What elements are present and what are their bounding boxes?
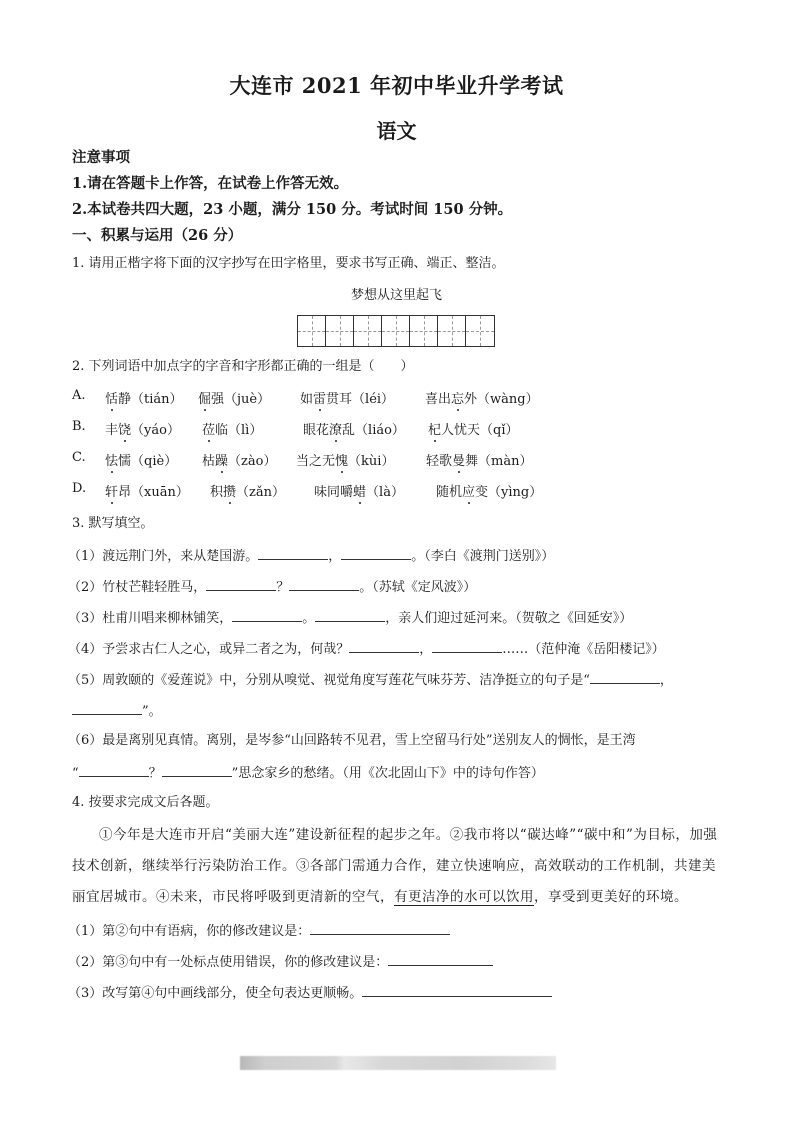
- exam-page: 大连市 2021 年初中毕业升学考试 语文 注意事项 1.请在答题卡上作答，在试…: [0, 0, 793, 1122]
- word-text: 懦（qiè）: [118, 454, 177, 469]
- option-label[interactable]: A.: [72, 388, 86, 403]
- option-word: 积攒（zǎn）: [210, 481, 285, 500]
- source-note: 。（苏轼《定风波》）: [359, 580, 476, 595]
- q3-item-6: （6）最是离别见真情。离别，是岑参“山回路转不见君，雪上空留马行处”送别友人的惆…: [68, 731, 636, 751]
- q4-sub-3: （3）改写第④句中画线部分，使全句表达更顺畅。: [68, 982, 552, 1004]
- answer-blank[interactable]: [289, 576, 359, 591]
- word-text: （yáo）: [131, 423, 180, 438]
- answer-blank[interactable]: [206, 576, 276, 591]
- q3-item-5-cont: ”。: [72, 700, 162, 722]
- grid-cell[interactable]: [326, 316, 354, 346]
- tianzige-grid[interactable]: [297, 315, 495, 347]
- source-note: ，亲人们迎过延河来。（贺敬之《回延安》）: [385, 611, 632, 626]
- answer-blank[interactable]: [162, 762, 232, 777]
- option-label[interactable]: C.: [72, 450, 86, 465]
- answer-blank[interactable]: [432, 638, 502, 653]
- word-text: 外（wàng）: [464, 392, 539, 407]
- dotted-character: 轩: [105, 485, 118, 500]
- q3-item-text: （3）杜甫川唱来柳林铺笑，: [68, 611, 232, 626]
- underlined-phrase: 有更洁净的水可以饮用: [394, 889, 534, 906]
- answer-blank[interactable]: [590, 669, 660, 684]
- punct: ？: [276, 580, 289, 595]
- option-label[interactable]: D.: [72, 481, 86, 496]
- q2-prompt: 2. 下列词语中加点字的字音和字形都正确的一组是（ ）: [72, 357, 414, 377]
- option-word: 轩昂（xuān）: [105, 481, 189, 500]
- option-word: 枯躁（zào）: [202, 450, 276, 469]
- answer-blank[interactable]: [315, 607, 385, 622]
- q3-item-1: （1）渡远荆门外，来从楚国游。，。（李白《渡荆门送别》）: [68, 545, 554, 567]
- option-word: 眼花潦乱（liáo）: [303, 419, 405, 438]
- source-note: 。（李白《渡荆门送别》）: [411, 549, 554, 564]
- sub-question-text: （3）改写第④句中画线部分，使全句表达更顺畅。: [68, 986, 362, 1001]
- punct: ，: [419, 642, 432, 657]
- word-text: 枯: [202, 454, 215, 469]
- option-word: 丰饶（yáo）: [105, 419, 180, 438]
- grid-cell[interactable]: [298, 316, 326, 346]
- answer-blank[interactable]: [310, 920, 450, 935]
- dotted-character: 躁: [215, 454, 228, 469]
- q4-sub-2: （2）第③句中有一处标点使用错误，你的修改建议是：: [68, 951, 493, 973]
- q3-item-4: （4）予尝求古仁人之心，或异二者之为，何哉？，……（范仲淹《岳阳楼记》）: [68, 638, 665, 660]
- word-text: 积: [210, 485, 223, 500]
- option-word: 喜出忘外（wàng）: [425, 388, 539, 407]
- dotted-character: 怯: [105, 454, 118, 469]
- punct: ？: [149, 766, 162, 781]
- word-text: 静（tián）: [118, 392, 183, 407]
- source-note: ”思念家乡的愁绪。（用《次北固山下》中的诗句作答）: [232, 766, 544, 781]
- section-heading: 一、积累与运用（26 分）: [72, 226, 242, 246]
- source-note: ……（范仲淹《岳阳楼记》）: [502, 642, 665, 657]
- option-word: 随机应变（yìng）: [436, 481, 542, 500]
- dotted-character: 曼: [452, 454, 465, 469]
- q3-item-5: （5）周敦颐的《爱莲说》中，分别从嗅觉、视觉角度写莲花气味芬芳、洁净挺立的句子是…: [68, 669, 673, 691]
- word-text: 人忧天（qǐ）: [441, 423, 518, 438]
- option-word: 莅临（lì）: [202, 419, 262, 438]
- exam-title: 大连市 2021 年初中毕业升学考试: [0, 70, 793, 100]
- option-word: 倔强（juè）: [198, 388, 270, 407]
- blurred-footer-bar: [240, 1056, 556, 1070]
- q4-prompt: 4. 按要求完成文后各题。: [72, 793, 219, 813]
- option-label[interactable]: B.: [72, 419, 86, 434]
- word-text: 乱（liáo）: [342, 423, 405, 438]
- word-text: （kùi）: [348, 454, 394, 469]
- option-word: 味同嚼蜡（là）: [314, 481, 404, 500]
- word-text: （zào）: [228, 454, 276, 469]
- option-word: 如雷贯耳（léi）: [300, 388, 394, 407]
- answer-blank[interactable]: [349, 638, 419, 653]
- answer-blank[interactable]: [362, 982, 552, 997]
- punct: 。: [302, 611, 315, 626]
- dotted-character: 恬: [105, 392, 118, 407]
- q3-item-text: （2）竹杖芒鞋轻胜马，: [68, 580, 206, 595]
- q4-sub-1: （1）第②句中有语病，你的修改建议是：: [68, 920, 450, 942]
- punct: ，: [660, 673, 673, 688]
- word-text: （là）: [366, 485, 404, 500]
- answer-blank[interactable]: [341, 545, 411, 560]
- dotted-character: 忘: [451, 392, 464, 407]
- notice-heading: 注意事项: [72, 148, 130, 168]
- answer-blank[interactable]: [388, 951, 493, 966]
- option-word: 杞人忧天（qǐ）: [428, 419, 519, 438]
- grid-cell[interactable]: [438, 316, 466, 346]
- word-text: 喜出: [425, 392, 451, 407]
- word-text: 眼花: [303, 423, 329, 438]
- word-text: 昂（xuān）: [118, 485, 189, 500]
- option-word: 怯懦（qiè）: [105, 450, 177, 469]
- option-word: 当之无愧（kùi）: [296, 450, 394, 469]
- q3-item-text: （4）予尝求古仁人之心，或异二者之为，何哉？: [68, 642, 349, 657]
- q1-prompt: 1. 请用正楷字将下面的汉字抄写在田字格里，要求书写正确、端正、整洁。: [72, 254, 505, 274]
- q3-prompt: 3. 默写填空。: [72, 514, 154, 534]
- word-text: 随机: [436, 485, 462, 500]
- word-text: 如: [300, 392, 313, 407]
- dotted-character: 杞: [428, 423, 441, 438]
- q3-item-6-cont: “？”思念家乡的愁绪。（用《次北固山下》中的诗句作答）: [72, 762, 544, 784]
- punct: ”。: [142, 704, 162, 719]
- dotted-character: 攒: [223, 485, 236, 500]
- q3-item-text: （1）渡远荆门外，来从楚国游。: [68, 549, 258, 564]
- answer-blank[interactable]: [232, 607, 302, 622]
- dotted-character: 蜡: [353, 485, 366, 500]
- notice-item-1: 1.请在答题卡上作答，在试卷上作答无效。: [72, 174, 348, 194]
- sub-question-text: （2）第③句中有一处标点使用错误，你的修改建议是：: [68, 955, 388, 970]
- notice-item-2: 2.本试卷共四大题，23 小题，满分 150 分。考试时间 150 分钟。: [72, 200, 512, 220]
- option-word: 恬静（tián）: [105, 388, 183, 407]
- word-text: 轻歌: [426, 454, 452, 469]
- grid-cell[interactable]: [466, 316, 494, 346]
- sub-question-text: （1）第②句中有语病，你的修改建议是：: [68, 924, 310, 939]
- answer-blank[interactable]: [79, 762, 149, 777]
- dotted-character: 倔: [198, 392, 211, 407]
- q3-item-2: （2）竹杖芒鞋轻胜马，？。（苏轼《定风波》）: [68, 576, 476, 598]
- answer-blank[interactable]: [258, 545, 328, 560]
- quote: “: [72, 766, 79, 781]
- word-text: 当之无: [296, 454, 335, 469]
- dotted-character: 雷: [313, 392, 326, 407]
- dotted-character: 应: [462, 485, 475, 500]
- subject-title: 语文: [0, 115, 793, 144]
- word-text: 丰: [105, 423, 118, 438]
- word-text: 贯耳（léi）: [326, 392, 394, 407]
- dotted-character: 莅: [202, 423, 215, 438]
- word-text: 临（lì）: [215, 423, 262, 438]
- word-text: 变（yìng）: [475, 485, 542, 500]
- q1-phrase: 梦想从这里起飞: [0, 286, 793, 306]
- dotted-character: 愧: [335, 454, 348, 469]
- word-text: （zǎn）: [236, 485, 285, 500]
- grid-cell[interactable]: [354, 316, 382, 346]
- word-text: 强（juè）: [211, 392, 270, 407]
- grid-cell[interactable]: [382, 316, 410, 346]
- q4-passage: ①今年是大连市开启“美丽大连”建设新征程的起步之年。②我市将以“碳达峰”“碳中和…: [72, 820, 724, 913]
- passage-text: ，享受到更美好的环境。: [534, 889, 688, 905]
- word-text: 舞（màn）: [465, 454, 532, 469]
- punct: ，: [328, 549, 341, 564]
- answer-blank[interactable]: [72, 700, 142, 715]
- dotted-character: 饶: [118, 423, 131, 438]
- dotted-character: 潦: [329, 423, 342, 438]
- q3-item-3: （3）杜甫川唱来柳林铺笑，。，亲人们迎过延河来。（贺敬之《回延安》）: [68, 607, 632, 629]
- word-text: 味同嚼: [314, 485, 353, 500]
- option-word: 轻歌曼舞（màn）: [426, 450, 532, 469]
- grid-cell[interactable]: [410, 316, 438, 346]
- q3-item-text: （5）周敦颐的《爱莲说》中，分别从嗅觉、视觉角度写莲花气味芬芳、洁净挺立的句子是…: [68, 673, 590, 688]
